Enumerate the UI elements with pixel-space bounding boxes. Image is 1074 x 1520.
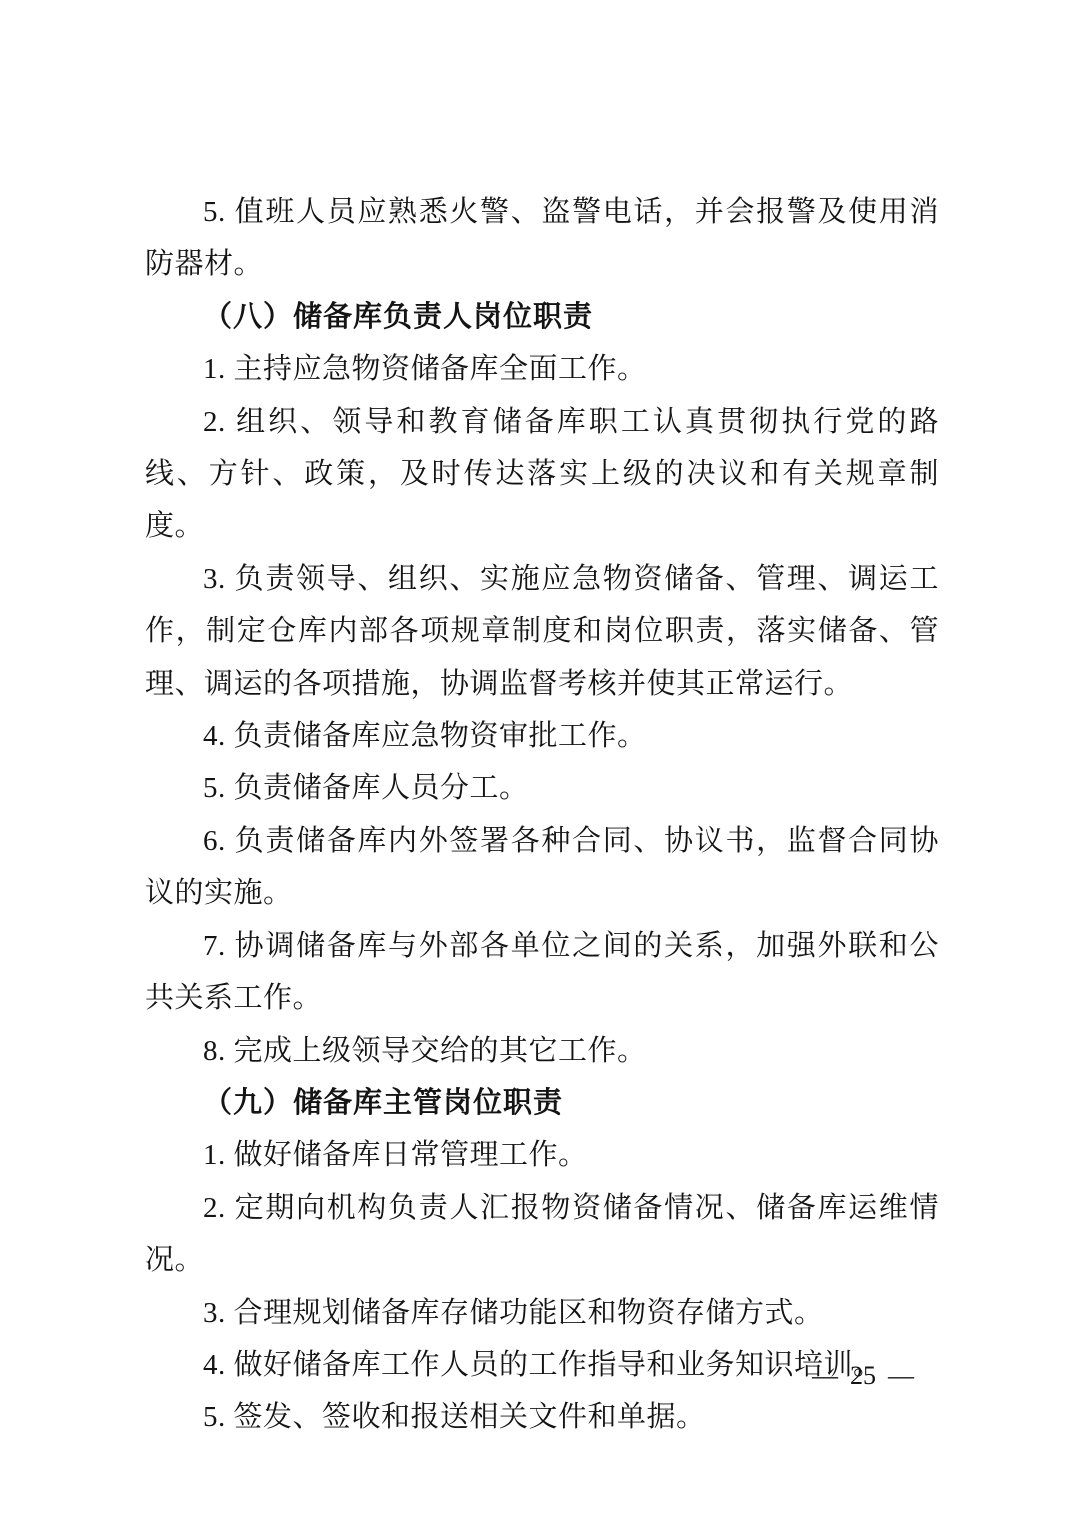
list-item: 3. 负责领导、组织、实施应急物资储备、管理、调运工作，制定仓库内部各项规章制度… [145,553,939,710]
list-item: 5. 签发、签收和报送相关文件和单据。 [145,1391,939,1443]
list-item: 6. 负责储备库内外签署各种合同、协议书，监督合同协议的实施。 [145,815,939,920]
list-item: 2. 定期向机构负责人汇报物资储备情况、储备库运维情况。 [145,1182,939,1287]
list-item: 1. 主持应急物资储备库全面工作。 [145,343,939,395]
section-heading-8: （八）储备库负责人岗位职责 [145,291,939,343]
section-heading-9: （九）储备库主管岗位职责 [145,1077,939,1129]
footer-dash-right: — [888,1356,914,1396]
document-page: 5. 值班人员应熟悉火警、盗警电话，并会报警及使用消防器材。 （八）储备库负责人… [0,0,1074,1520]
list-item: 8. 完成上级领导交给的其它工作。 [145,1025,939,1077]
list-item: 1. 做好储备库日常管理工作。 [145,1129,939,1181]
footer-dash-left: — [812,1356,838,1396]
list-item: 7. 协调储备库与外部各单位之间的关系，加强外联和公共关系工作。 [145,920,939,1025]
list-item: 2. 组织、领导和教育储备库职工认真贯彻执行党的路线、方针、政策，及时传达落实上… [145,396,939,553]
page-number: 25 [850,1361,876,1390]
document-body: 5. 值班人员应熟悉火警、盗警电话，并会报警及使用消防器材。 （八）储备库负责人… [145,186,939,1444]
list-item: 4. 负责储备库应急物资审批工作。 [145,710,939,762]
list-item: 5. 负责储备库人员分工。 [145,762,939,814]
page-footer: —25— [800,1356,926,1396]
paragraph: 5. 值班人员应熟悉火警、盗警电话，并会报警及使用消防器材。 [145,186,939,291]
list-item: 3. 合理规划储备库存储功能区和物资存储方式。 [145,1287,939,1339]
